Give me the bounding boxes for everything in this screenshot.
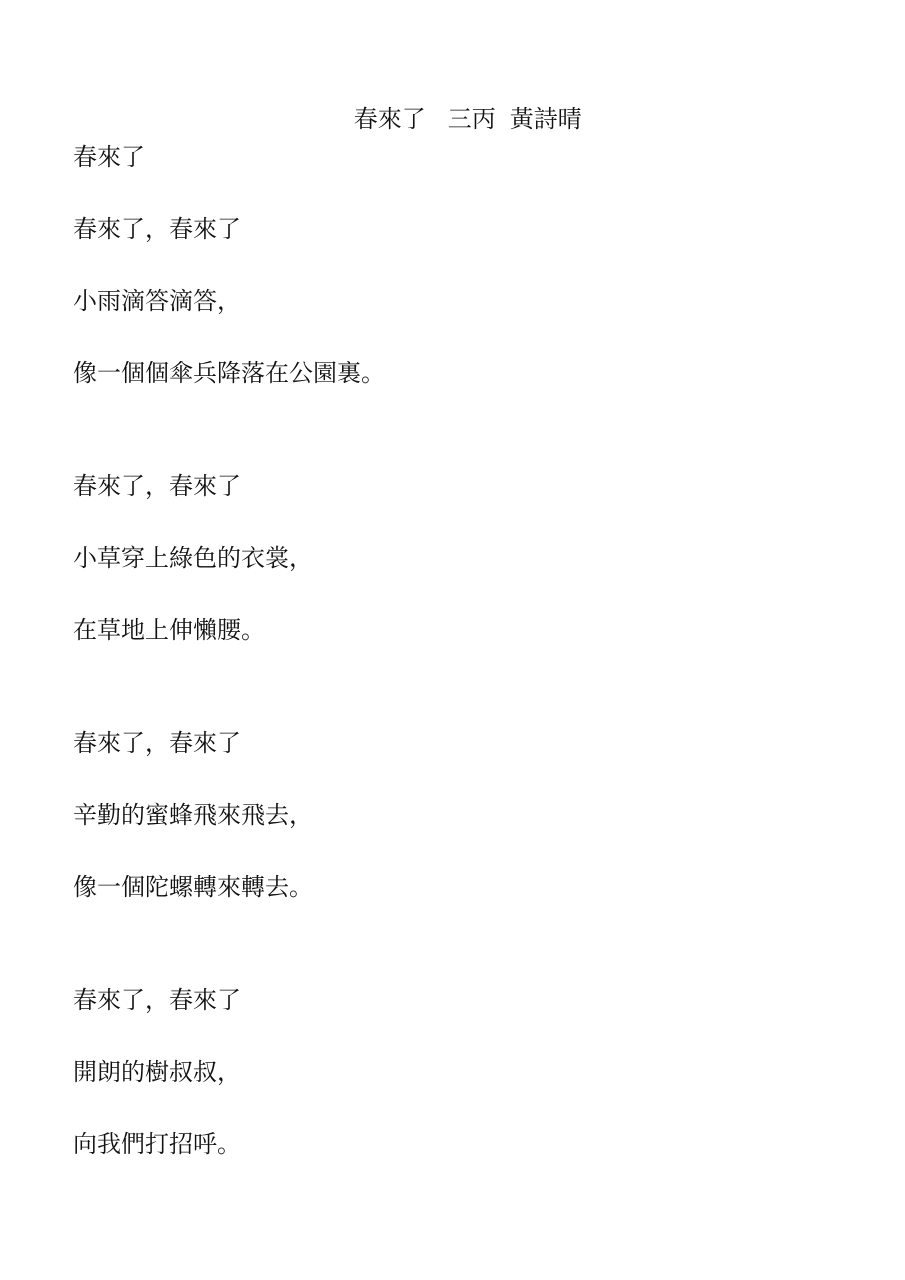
poem-line: 向我們打招呼。 [73,1127,833,1161]
poem-title: 春來了 [354,102,426,136]
document-page: 春來了三丙黃詩晴 春來了 春來了，春來了 小雨滴答滴答， 像一個個傘兵降落在公園… [0,0,905,1280]
poem-line: 辛勤的蜜蜂飛來飛去， [73,798,833,832]
class-name: 三丙 [448,102,496,136]
poem-heading-line: 春來了 [73,140,833,174]
poem-line: 小草穿上綠色的衣裳， [73,541,833,575]
poem-line: 像一個陀螺轉來轉去。 [73,870,833,904]
stanza-1: 春來了，春來了 小雨滴答滴答， 像一個個傘兵降落在公園裏。 [73,212,833,390]
poem-line: 春來了，春來了 [73,469,833,503]
stanza-divider [73,685,833,726]
poem-line: 春來了，春來了 [73,726,833,760]
stanza-divider [73,428,833,469]
stanza-2: 春來了，春來了 小草穿上綠色的衣裳， 在草地上伸懶腰。 [73,469,833,647]
stanza-3: 春來了，春來了 辛勤的蜜蜂飛來飛去， 像一個陀螺轉來轉去。 [73,726,833,904]
poem-line: 在草地上伸懶腰。 [73,613,833,647]
poem-line: 開朗的樹叔叔， [73,1055,833,1089]
poem-line: 春來了，春來了 [73,212,833,246]
poem-line: 像一個個傘兵降落在公園裏。 [73,356,833,390]
author-name: 黃詩晴 [510,102,582,136]
stanza-4: 春來了，春來了 開朗的樹叔叔， 向我們打招呼。 [73,983,833,1161]
poem-line: 春來了，春來了 [73,983,833,1017]
poem-line: 小雨滴答滴答， [73,284,833,318]
stanza-divider [73,942,833,983]
poem-body: 春來了 春來了，春來了 小雨滴答滴答， 像一個個傘兵降落在公園裏。 春來了，春來… [73,140,833,1199]
